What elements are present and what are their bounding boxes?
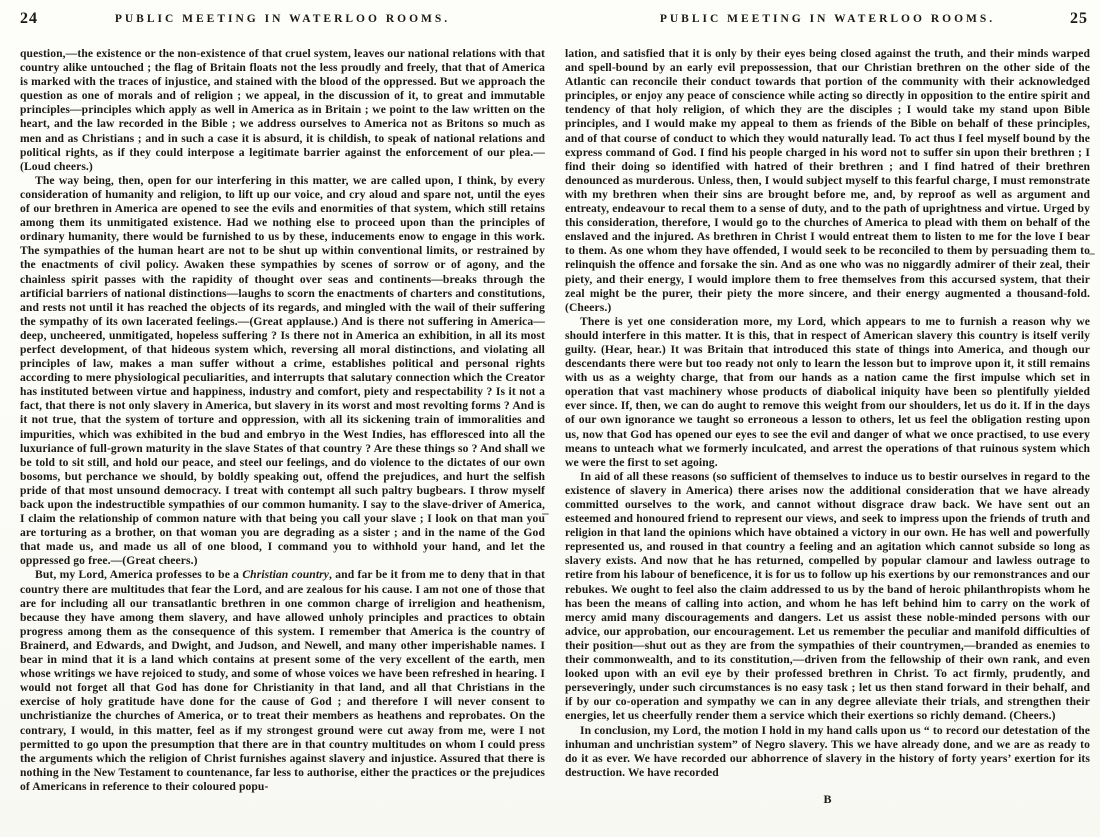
text-run: In conclusion, my Lord, the motion I hol… (565, 724, 1090, 779)
page-24-body-text: question,—the existence or the non-exist… (20, 47, 545, 794)
paragraph: The way being, then, open for our interf… (20, 174, 545, 569)
page-number-left: 24 (20, 10, 38, 28)
text-run: But, my Lord, America professes to be a (35, 568, 242, 581)
running-header-right: PUBLIC MEETING IN WATERLOO ROOMS. (565, 13, 1090, 25)
text-run: , and far be it from me to deny that in … (20, 568, 545, 792)
paragraph: question,—the existence or the non-exist… (20, 47, 545, 174)
text-run: The way being, then, open for our interf… (20, 174, 545, 568)
page-24-header: 24 PUBLIC MEETING IN WATERLOO ROOMS. (20, 13, 545, 33)
paragraph: But, my Lord, America professes to be a … (20, 568, 545, 794)
page-25: PUBLIC MEETING IN WATERLOO ROOMS. 25 lat… (550, 0, 1100, 837)
text-run: In aid of all these reasons (so sufficie… (565, 470, 1090, 723)
book-spread: 24 PUBLIC MEETING IN WATERLOO ROOMS. que… (0, 0, 1100, 837)
text-run: There is yet one consideration more, my … (565, 315, 1090, 469)
text-run: lation, and satisfied that it is only by… (565, 47, 1090, 314)
paragraph: In aid of all these reasons (so sufficie… (565, 470, 1090, 724)
scan-artifact (542, 513, 549, 515)
paragraph: There is yet one consideration more, my … (565, 315, 1090, 470)
page-number-right: 25 (1070, 10, 1088, 28)
page-25-header: PUBLIC MEETING IN WATERLOO ROOMS. 25 (565, 13, 1090, 33)
scan-artifact (1089, 253, 1095, 255)
paragraph: In conclusion, my Lord, the motion I hol… (565, 724, 1090, 780)
page-24: 24 PUBLIC MEETING IN WATERLOO ROOMS. que… (0, 0, 550, 837)
italic-text-run: Christian country (242, 568, 329, 581)
page-25-body-text: lation, and satisfied that it is only by… (565, 47, 1090, 780)
paragraph: lation, and satisfied that it is only by… (565, 47, 1090, 315)
running-header-left: PUBLIC MEETING IN WATERLOO ROOMS. (20, 13, 545, 25)
signature-mark: B (565, 792, 1090, 807)
text-run: question,—the existence or the non-exist… (20, 47, 545, 173)
